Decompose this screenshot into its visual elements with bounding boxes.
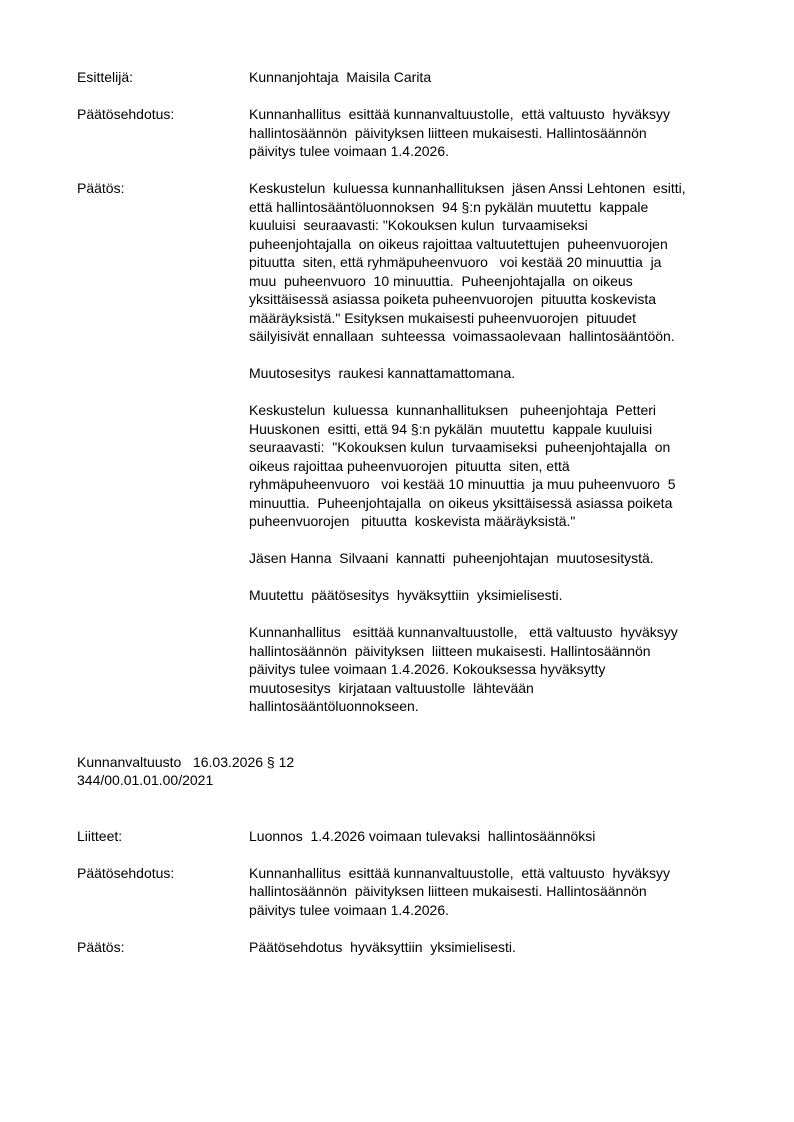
text-line: ryhmäpuheenvuoro voi kestää 10 minuuttia… [249, 475, 737, 494]
decision-row: Päätös: Keskustelun kuluessa kunnanhalli… [77, 179, 737, 716]
text-line: puheenjohtajalla on oikeus rajoittaa val… [249, 235, 737, 254]
text-line: hallintosäännön päivityksen liitteen muk… [249, 124, 737, 143]
text-line: seuraavasti: "Kokouksen kulun turvaamise… [249, 438, 737, 457]
proposal-label-2: Päätösehdotus: [77, 864, 249, 920]
presenter-row: Esittelijä: Kunnanjohtaja Maisila Carita [77, 68, 737, 87]
text-line: puheenvuorojen pituutta koskevista määrä… [249, 512, 737, 531]
document-page: Esittelijä: Kunnanjohtaja Maisila Carita… [77, 68, 737, 956]
text-line: kuuluisi seuraavasti: "Kokouksen kulun t… [249, 216, 737, 235]
text-line: minuuttia. Puheenjohtajalla on oikeus yk… [249, 494, 737, 513]
decision-paragraph: Keskustelun kuluessa kunnanhallituksen p… [249, 401, 737, 531]
text-line: muu puheenvuoro 10 minuuttia. Puheenjoht… [249, 272, 737, 291]
text-line: säilyisivät ennallaan suhteessa voimassa… [249, 327, 737, 346]
decision-paragraph: Muutettu päätösesitys hyväksyttiin yksim… [249, 586, 737, 605]
text-line: päivitys tulee voimaan 1.4.2026. [249, 142, 737, 161]
text-line: Muutosesitys raukesi kannattamattomana. [249, 364, 737, 383]
meeting-line: Kunnanvaltuusto 16.03.2026 § 12 [77, 753, 737, 772]
decision-paragraph: Muutosesitys raukesi kannattamattomana. [249, 364, 737, 383]
text-line: päivitys tulee voimaan 1.4.2026. Kokouks… [249, 660, 737, 679]
presenter-label: Esittelijä: [77, 68, 249, 87]
text-line: hallintosäännön päivityksen liitteen muk… [249, 642, 737, 661]
text-line: Kunnanhallitus esittää kunnanvaltuustoll… [249, 623, 737, 642]
text-line: yksittäisessä asiassa poiketa puheenvuor… [249, 290, 737, 309]
decision-value-2: Päätösehdotus hyväksyttiin yksimielisest… [249, 938, 737, 957]
decision-paragraph: Kunnanhallitus esittää kunnanvaltuustoll… [249, 623, 737, 716]
proposal-row: Päätösehdotus: Kunnanhallitus esittää ku… [77, 105, 737, 161]
attachments-label: Liitteet: [77, 827, 249, 846]
text-line: että hallintosääntöluonnoksen 94 §:n pyk… [249, 198, 737, 217]
proposal-text-2: Kunnanhallitus esittää kunnanvaltuustoll… [249, 864, 737, 920]
proposal-text: Kunnanhallitus esittää kunnanvaltuustoll… [249, 105, 737, 161]
presenter-value: Kunnanjohtaja Maisila Carita [249, 68, 737, 87]
text-line: Kunnanhallitus esittää kunnanvaltuustoll… [249, 864, 737, 883]
text-line: Keskustelun kuluessa kunnanhallituksen j… [249, 179, 737, 198]
decision-paragraph: Keskustelun kuluessa kunnanhallituksen j… [249, 179, 737, 346]
text-line: Muutettu päätösesitys hyväksyttiin yksim… [249, 586, 737, 605]
text-line: päivitys tulee voimaan 1.4.2026. [249, 901, 737, 920]
attachments-value: Luonnos 1.4.2026 voimaan tulevaksi halli… [249, 827, 737, 846]
decision-paragraph: Jäsen Hanna Silvaani kannatti puheenjoht… [249, 549, 737, 568]
attachments-row: Liitteet: Luonnos 1.4.2026 voimaan tulev… [77, 827, 737, 846]
text-line: Keskustelun kuluessa kunnanhallituksen p… [249, 401, 737, 420]
text-line: hallintosäännön päivityksen liitteen muk… [249, 882, 737, 901]
text-line: pituutta siten, että ryhmäpuheenvuoro vo… [249, 253, 737, 272]
text-line: Jäsen Hanna Silvaani kannatti puheenjoht… [249, 549, 737, 568]
decision-row-2: Päätös: Päätösehdotus hyväksyttiin yksim… [77, 938, 737, 957]
decision-text: Keskustelun kuluessa kunnanhallituksen j… [249, 179, 737, 716]
record-id: 344/00.01.01.00/2021 [77, 771, 737, 790]
text-line: hallintosääntöluonnokseen. [249, 697, 737, 716]
meeting-header: Kunnanvaltuusto 16.03.2026 § 12 344/00.0… [77, 753, 737, 790]
proposal-label: Päätösehdotus: [77, 105, 249, 161]
text-line: oikeus rajoittaa puheenvuorojen pituutta… [249, 457, 737, 476]
decision-label: Päätös: [77, 179, 249, 716]
text-line: muutosesitys kirjataan valtuustolle läht… [249, 679, 737, 698]
text-line: Kunnanhallitus esittää kunnanvaltuustoll… [249, 105, 737, 124]
proposal-row-2: Päätösehdotus: Kunnanhallitus esittää ku… [77, 864, 737, 920]
text-line: määräyksistä." Esityksen mukaisesti puhe… [249, 309, 737, 328]
text-line: Huuskonen esitti, että 94 §:n pykälän mu… [249, 420, 737, 439]
decision-label-2: Päätös: [77, 938, 249, 957]
